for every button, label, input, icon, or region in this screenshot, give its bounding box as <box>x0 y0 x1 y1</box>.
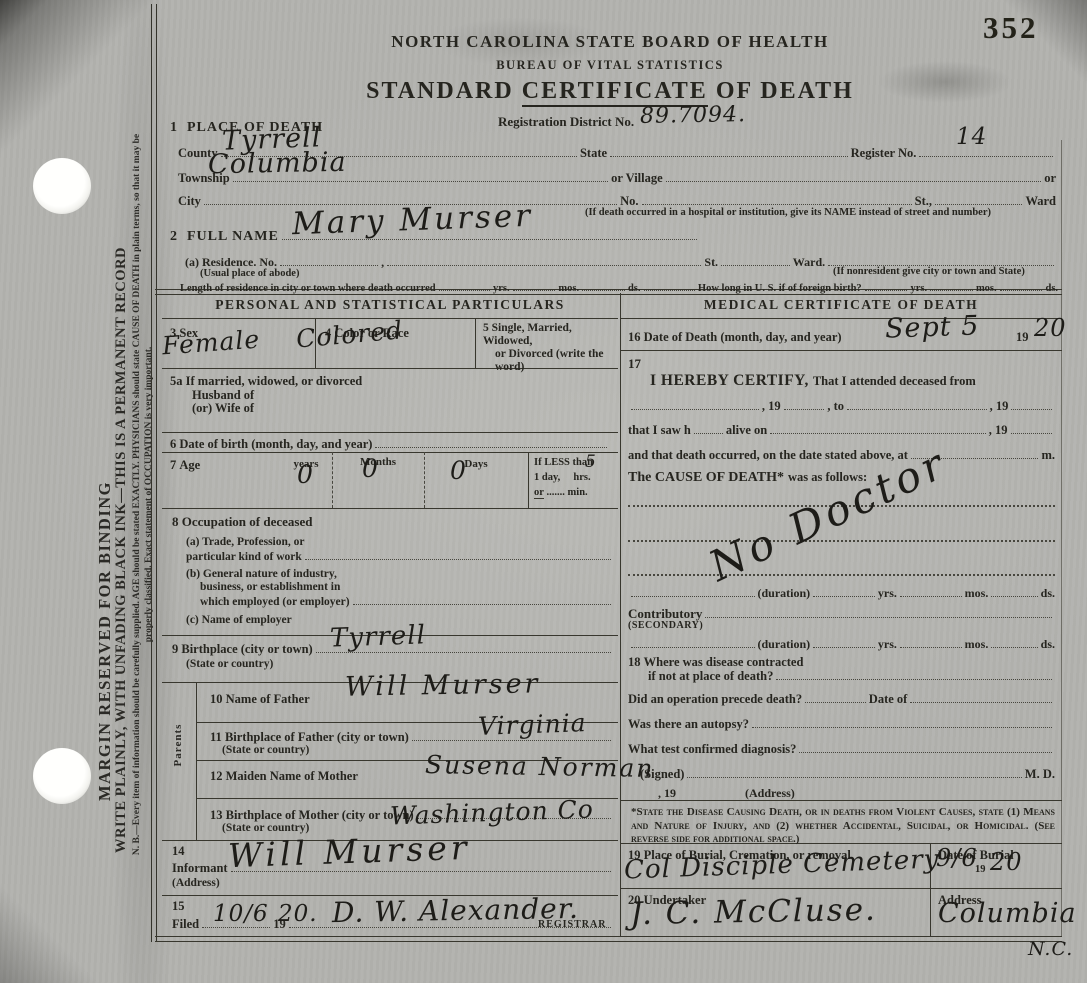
mos-label: mos. <box>965 637 989 652</box>
ds-label: ds. <box>628 283 641 294</box>
dots <box>644 281 695 291</box>
item-number: 11 <box>210 730 222 745</box>
occupation-b-row: which employed (or employer) <box>200 594 614 608</box>
disease-contracted-row: if not at place of death? <box>648 668 1055 684</box>
autopsy-label: Was there an autopsy? <box>628 717 749 732</box>
item-number: 5 <box>483 322 489 334</box>
filed-year-value: 20. <box>278 901 318 927</box>
label: if not at place of death? <box>648 669 773 684</box>
dots <box>828 255 1054 266</box>
dots <box>631 637 755 648</box>
label: 1 day, <box>534 472 560 483</box>
title-post: OF DEATH <box>708 78 854 104</box>
rule <box>196 682 197 840</box>
mos-label: mos. <box>558 283 579 294</box>
label: The CAUSE OF DEATH* <box>628 470 784 485</box>
cause-of-death-label: The CAUSE OF DEATH* was as follows: <box>628 468 867 486</box>
operation-label: Did an operation precede death? <box>628 692 802 707</box>
dob-row: 6 Date of birth (month, day, and year) <box>170 436 610 452</box>
yrs-label: yrs. <box>910 283 927 294</box>
label: Occupation of deceased <box>182 514 313 529</box>
dots <box>582 281 625 291</box>
dots <box>694 422 723 434</box>
occupation-a-row: particular kind of work <box>186 549 614 563</box>
filed-number: 15 <box>172 899 185 914</box>
item-number: 12 <box>210 769 223 783</box>
dots <box>513 281 556 291</box>
us-length-label: How long in U. S. if of foreign birth? <box>698 283 862 294</box>
yrs-label: yrs. <box>878 586 897 601</box>
father-birthplace-value: Virginia <box>478 708 588 741</box>
rule <box>528 452 529 508</box>
dob-label: Date of birth (month, day, and year) <box>179 437 372 452</box>
village-label: or Village <box>611 171 663 186</box>
dots <box>813 637 875 648</box>
occupation-label: 8 Occupation of deceased <box>172 514 312 530</box>
duration-row-1: (duration) yrs. mos. ds. <box>628 586 1055 601</box>
age-hours-value: 5 <box>585 452 597 472</box>
father-name-label: 10 Name of Father <box>210 692 310 707</box>
register-no-value: 14 <box>956 124 987 150</box>
death-certificate-scan: MARGIN RESERVED FOR BINDING WRITE PLAINL… <box>0 0 1087 983</box>
mother-name-value: Susena Norman <box>425 750 655 783</box>
informant-address-label: (Address) <box>172 877 220 889</box>
hospital-note: (If death occurred in a hospital or inst… <box>585 207 1060 218</box>
residence-st-label: St. <box>704 255 718 270</box>
medical-section-title: MEDICAL CERTIFICATE OF DEATH <box>620 297 1062 313</box>
dots <box>1000 281 1043 291</box>
test-row: What test confirmed diagnosis? <box>628 741 1055 757</box>
printed-year: , 19 <box>989 423 1008 438</box>
label: that I saw h <box>628 423 691 438</box>
label: business, or establishment in <box>186 581 340 594</box>
item-number: 7 <box>170 458 176 472</box>
item-number: 5a <box>170 374 183 388</box>
rule <box>628 540 1055 542</box>
undertaker-value: J. C. McCluse. <box>630 892 877 932</box>
dots <box>280 255 378 266</box>
duration-label: (duration) <box>758 637 811 652</box>
duration-label: (duration) <box>758 586 811 601</box>
label: and that death occurred, on the date sta… <box>628 448 908 463</box>
label: or <box>534 487 544 499</box>
dots <box>991 637 1037 648</box>
secondary-label: (SECONDARY) <box>628 620 703 631</box>
sex-value: Female <box>161 325 261 361</box>
dots <box>387 255 701 266</box>
date-of-label: Date of <box>869 692 908 707</box>
dots <box>752 716 1052 728</box>
certify-text: That I attended deceased from <box>813 374 976 388</box>
dots <box>900 586 962 597</box>
mos-label: mos. <box>976 283 997 294</box>
dots <box>353 594 611 605</box>
length-of-residence-row: Length of residence in city or town wher… <box>180 281 1058 294</box>
marital-label: 5 Single, Married, Widowed, or Divorced … <box>483 322 615 374</box>
rule <box>162 432 618 433</box>
item-number: 16 <box>628 330 641 344</box>
duration-row-2: (duration) yrs. mos. ds. <box>628 637 1055 652</box>
label: Single, Married, Widowed, <box>483 322 572 347</box>
signed-address-label: (Address) <box>745 786 795 801</box>
undertaker-address-value: Columbia <box>938 898 1077 929</box>
mos-label: mos. <box>965 586 989 601</box>
margin-note-binding: MARGIN RESERVED FOR BINDING <box>95 330 115 952</box>
dod-printed-year: 19 <box>1016 330 1029 345</box>
label: hrs. <box>573 472 590 483</box>
birthplace-value: Tyrrell <box>330 620 427 653</box>
residence-ward-label: Ward. <box>793 255 825 270</box>
village-or-label: or <box>1044 171 1056 186</box>
item-number: 18 <box>628 655 641 669</box>
death-occurred-row: and that death occurred, on the date sta… <box>628 447 1055 463</box>
dots <box>1011 398 1052 410</box>
dots <box>776 668 1052 680</box>
registration-district-label: Registration District No. <box>498 114 634 130</box>
label: Where was disease contracted <box>644 655 804 669</box>
cause-footnote: *State the Disease Causing Death, or in … <box>631 806 1055 847</box>
dots <box>991 586 1037 597</box>
dots <box>805 691 866 703</box>
occupation-a-label: (a) Trade, Profession, or <box>186 536 305 549</box>
full-name-label: FULL NAME <box>187 229 279 245</box>
filed-label: Filed <box>172 917 199 932</box>
personal-section-title: PERSONAL AND STATISTICAL PARTICULARS <box>162 297 618 313</box>
margin-note-permanent: WRITE PLAINLY, WITH UNFADING BLACK INK—T… <box>113 144 130 956</box>
ds-label: ds. <box>1041 586 1055 601</box>
printed-year: , 19 <box>762 399 781 414</box>
certify-heading: I HEREBY CERTIFY, <box>650 372 809 389</box>
age-days-value: 0 <box>450 456 467 485</box>
length-label: Length of residence in city or town wher… <box>180 283 436 294</box>
date-of-death-label: 16 Date of Death (month, day, and year) <box>628 330 842 345</box>
dots <box>813 586 875 597</box>
dots <box>631 398 759 410</box>
filed-date-value: 10/6 <box>213 901 269 927</box>
rule <box>620 888 1062 889</box>
label: (b) General nature of industry, <box>186 568 340 581</box>
dots <box>687 766 1021 778</box>
parents-label: Parents <box>172 690 184 800</box>
label: If married, widowed, or divorced <box>186 374 363 388</box>
operation-row: Did an operation precede death? Date of <box>628 691 1055 707</box>
item-number: 2 <box>170 229 178 245</box>
ds-label: ds. <box>1045 283 1058 294</box>
mother-birthplace-sub-label: (State or country) <box>222 822 309 834</box>
father-name-value: Will Murser <box>345 668 541 702</box>
label: or Divorced (write the word) <box>483 348 615 374</box>
informant-number: 14 <box>172 844 185 859</box>
header-title: STANDARD CERTIFICATE OF DEATH <box>160 78 1060 105</box>
bottom-rule <box>155 936 1062 942</box>
dots <box>721 255 790 266</box>
label: alive on <box>726 423 767 438</box>
binding-rule <box>151 4 157 942</box>
yrs-label: yrs. <box>493 283 510 294</box>
item-number: 8 <box>172 514 179 529</box>
rule <box>620 800 1062 801</box>
dots <box>375 436 607 448</box>
occupation-b-label: (b) General nature of industry, business… <box>186 568 340 594</box>
burial-date-value: 9/6 <box>936 844 978 872</box>
corner-note-value: N.C. <box>1028 938 1073 960</box>
ds-label: ds. <box>1041 637 1055 652</box>
dots <box>631 586 755 597</box>
header-board: NORTH CAROLINA STATE BOARD OF HEALTH <box>160 32 1060 52</box>
state-label: State <box>580 146 607 161</box>
dots <box>705 606 1052 618</box>
dots <box>642 193 912 205</box>
md-label: M. D. <box>1025 767 1055 782</box>
dots <box>1011 422 1052 434</box>
rule <box>475 318 476 368</box>
label: min. <box>568 487 588 498</box>
mother-birthplace-value: Washington Co <box>390 794 595 830</box>
label: particular kind of work <box>186 551 302 563</box>
certify-number: 17 <box>628 356 641 372</box>
label: Name of Father <box>226 692 310 706</box>
label: Birthplace of Mother (city or town) <box>226 808 414 823</box>
marital-5a-label: 5a If married, widowed, or divorced Husb… <box>170 374 362 415</box>
certify-line: I HEREBY CERTIFY, That I attended deceas… <box>650 372 976 390</box>
abode-note: (Usual place of abode) <box>200 268 299 279</box>
dots <box>935 193 1022 205</box>
label: Age <box>179 458 200 472</box>
dots <box>305 549 611 560</box>
comma: , <box>381 255 384 270</box>
birthplace-label: Birthplace (city or town) <box>181 642 312 657</box>
rule <box>162 452 618 453</box>
dots <box>610 145 848 157</box>
register-no-label: Register No. <box>851 146 917 161</box>
dots <box>770 422 986 434</box>
rule <box>620 318 1062 319</box>
item-number: 10 <box>210 692 223 706</box>
title-pre: STANDARD <box>366 78 522 104</box>
label: which employed (or employer) <box>200 596 350 608</box>
label: Birthplace of Father (city or town) <box>225 730 409 745</box>
dots <box>847 398 987 410</box>
dots <box>900 637 962 648</box>
dots <box>666 170 1042 182</box>
rule <box>620 350 1062 351</box>
item-number: 1 <box>170 120 178 135</box>
label: (or) Wife of <box>170 402 362 415</box>
header-bureau: BUREAU OF VITAL STATISTICS <box>160 58 1060 73</box>
dots <box>799 741 1052 753</box>
informant-label: Informant <box>172 861 228 876</box>
occupation-c-label: (c) Name of employer <box>186 614 292 626</box>
registrar-signature: D. W. Alexander. <box>332 892 579 929</box>
age-years-value: 0 <box>297 460 314 489</box>
label: m. <box>1041 448 1055 463</box>
yrs-label: yrs. <box>878 637 897 652</box>
date-of-death-year-value: 20 <box>1034 314 1067 342</box>
signed-year-label: , 19 <box>658 786 676 801</box>
father-birthplace-sub-label: (State or country) <box>222 744 309 756</box>
autopsy-row: Was there an autopsy? <box>628 716 1055 732</box>
burial-year-value: 20 <box>990 848 1023 876</box>
age-months-value: 0 <box>362 454 379 483</box>
mother-name-label: 12 Maiden Name of Mother <box>210 769 358 784</box>
certify-dates-row: , 19 , to , 19 <box>628 398 1055 414</box>
dots <box>784 398 825 410</box>
nonresident-note: (If nonresident give city or town and St… <box>833 266 1025 277</box>
label: , to <box>827 399 844 414</box>
rule <box>162 508 618 509</box>
city-label: City <box>178 194 201 209</box>
label: Maiden Name of Mother <box>226 769 358 783</box>
item-number: 13 <box>210 808 223 823</box>
margin-nb-line1: N. B.—Every item of information should b… <box>131 27 143 962</box>
saw-alive-row: that I saw h alive on , 19 <box>628 422 1055 438</box>
label: Date of Death (month, day, and year) <box>644 330 842 344</box>
township-value: Columbia <box>208 147 347 180</box>
signed-row: (Signed) M. D. <box>640 766 1055 782</box>
dots <box>439 281 490 291</box>
right-edge-rule <box>1061 140 1062 937</box>
dots <box>910 691 1052 703</box>
punch-hole-bottom <box>33 748 91 804</box>
punch-hole-top <box>33 158 91 214</box>
age-days-label: Days <box>424 458 528 470</box>
dots <box>930 281 973 291</box>
date-of-death-value: Sept 5 <box>884 310 979 344</box>
printed-year: , 19 <box>990 399 1009 414</box>
color-race-value: Colored <box>295 315 404 353</box>
rule <box>628 574 1055 576</box>
column-divider <box>620 293 621 937</box>
age-label: 7 Age <box>170 458 200 473</box>
dots <box>865 281 908 291</box>
birthplace-sub-label: (State or country) <box>186 658 273 670</box>
registration-district-value: 89.7094. <box>640 102 746 129</box>
